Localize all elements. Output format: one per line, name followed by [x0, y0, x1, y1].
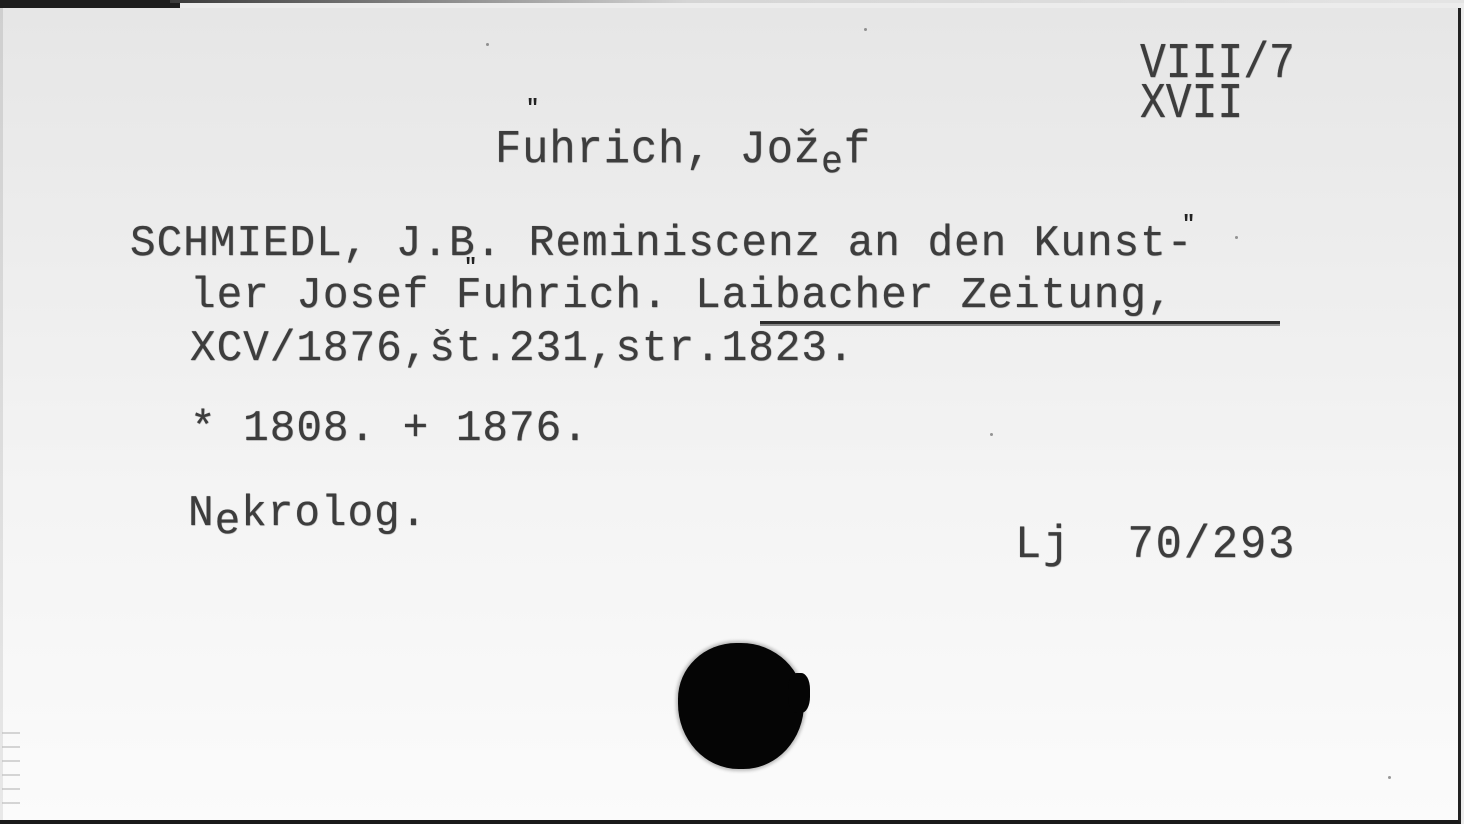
- umlaut-mark-kunstler: ": [1182, 212, 1195, 237]
- shelfmark: Lj 70/293: [1015, 520, 1296, 570]
- call-number-line-2: XVII: [1140, 80, 1243, 130]
- citation-title-end: ler Josef Fuhrich.: [190, 271, 695, 321]
- life-dates: * 1808. + 1876.: [190, 405, 589, 453]
- heading-tail: f: [844, 124, 871, 176]
- card-left-edge: [0, 8, 3, 820]
- note: Nekrolog.: [188, 490, 427, 538]
- punch-hole: [678, 643, 804, 769]
- journal-title: Laibacher Zeitung: [695, 271, 1147, 321]
- heading-name: Fuhrich, Jožef: [495, 125, 871, 178]
- citation-comma: ,: [1147, 271, 1174, 321]
- paper-speck: [864, 28, 867, 31]
- heading-main: Fuhrich, Jož: [495, 124, 821, 176]
- note-rest: krolog.: [241, 489, 427, 539]
- card-edge-marks: [2, 720, 20, 810]
- card-top-edge: [170, 0, 1464, 3]
- citation-line-1: SCHMIEDL, J.B. Reminiscenz an den Kunst-: [130, 220, 1193, 268]
- heading-subscript: e: [821, 141, 844, 184]
- umlaut-mark-heading: ": [526, 96, 539, 121]
- paper-speck: [990, 433, 993, 436]
- paper-speck: [1235, 236, 1238, 239]
- paper-speck: [486, 43, 489, 46]
- citation-line-3: XCV/1876,št.231,str.1823.: [190, 325, 855, 373]
- note-first: N: [188, 489, 215, 539]
- scanned-card-image: VIII/7 XVII Fuhrich, Jožef " SCHMIEDL, J…: [0, 0, 1464, 824]
- paper-speck: [1388, 776, 1391, 779]
- note-sub: e: [215, 497, 242, 547]
- citation-line-2: ler Josef Fuhrich. Laibacher Zeitung,: [190, 272, 1174, 320]
